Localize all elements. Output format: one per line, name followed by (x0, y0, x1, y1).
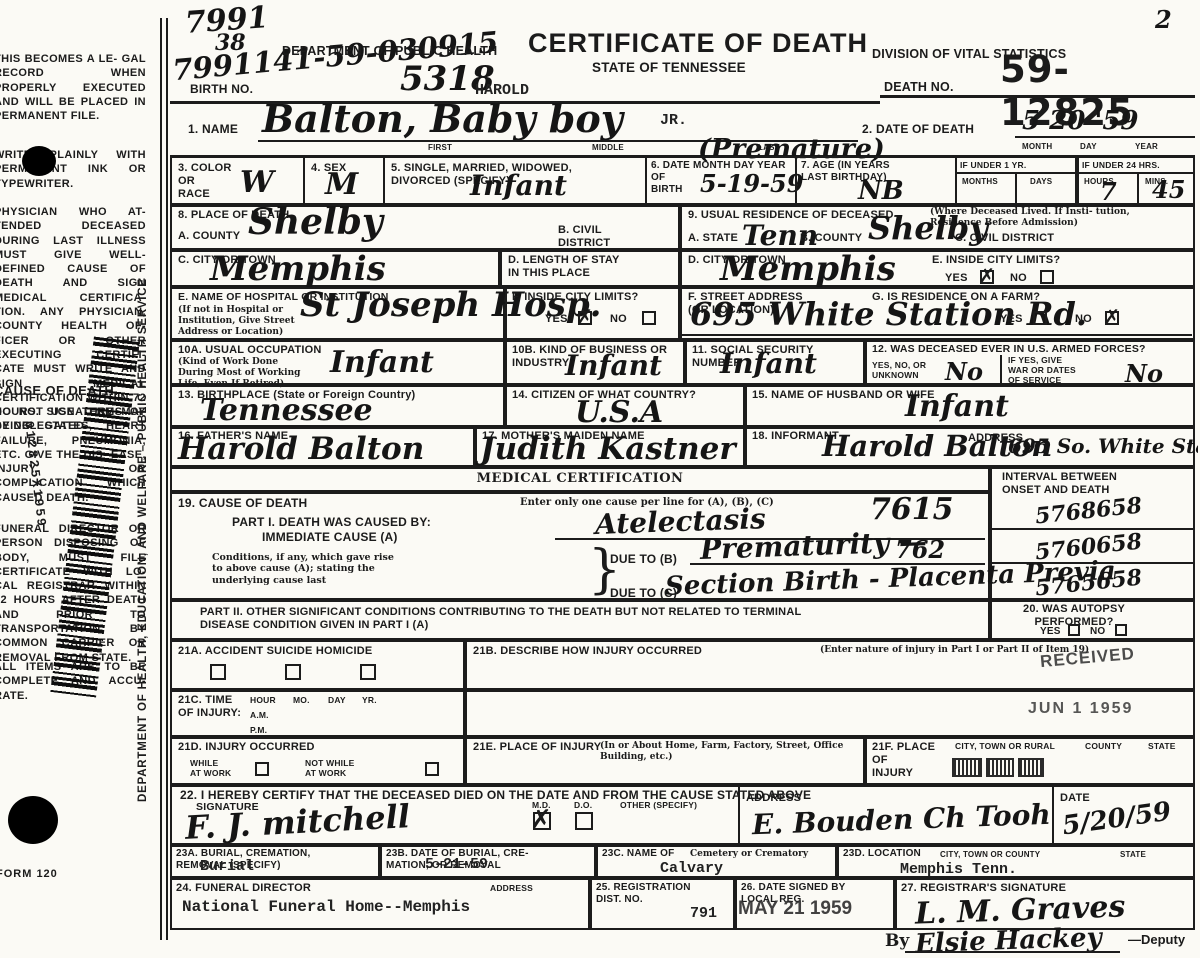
certify-text: 22. I HEREBY CERTIFY THAT THE DECEASED D… (180, 788, 811, 802)
day-label: DAY (328, 695, 346, 705)
illegible-stamp-1 (952, 758, 982, 777)
hour-label: HOUR (250, 695, 276, 705)
residence-city-no: NO (1010, 272, 1027, 285)
farm-label: G. IS RESIDENCE ON A FARM? (872, 291, 1040, 304)
place-of-injury-note: (In or About Home, Farm, Factory, Street… (600, 741, 850, 763)
hole-punch-mark (8, 796, 58, 844)
cause-b-code: 762 (895, 538, 945, 562)
header-state: STATE OF TENNESSEE (592, 60, 746, 76)
under-24hrs-rule (1077, 172, 1195, 174)
margin-note-legal-record: THIS BECOMES A LE- GAL RECORD WHEN PROPE… (0, 52, 146, 123)
not-while-at-work-label: NOT WHILE AT WORK (305, 758, 355, 778)
cemetery-note: Cemetery or Crematory (690, 849, 808, 860)
days-label: DAYS (1030, 177, 1052, 186)
yr-label: YR. (362, 695, 377, 705)
cemetery-label: 23C. NAME OF (602, 848, 674, 860)
registration-label: 25. REGISTRATION DIST. NO. (596, 882, 691, 906)
registration-value: 791 (690, 905, 717, 922)
color-race-value: W (240, 168, 274, 198)
interval-header: INTERVAL BETWEEN ONSET AND DEATH (1002, 471, 1117, 497)
length-of-stay-label: D. LENGTH OF STAY IN THIS PLACE (508, 254, 620, 280)
county-value: Shelby (248, 204, 383, 240)
handwritten-page-number: 2 (1155, 8, 1172, 32)
autopsy-no-checkbox (1115, 624, 1127, 636)
header-department: DEPARTMENT OF PUBLIC HEALTH (282, 44, 497, 59)
certify-divider-2 (1052, 785, 1054, 845)
burial-date-value: 5-21-59 (425, 856, 488, 873)
under-1yr-divider (1015, 172, 1017, 205)
homicide-checkbox (360, 664, 376, 680)
illegible-stamp-2 (986, 758, 1014, 777)
date-of-death-value: 5 20 '59 (1022, 108, 1139, 134)
occupation-label: 10A. USUAL OCCUPATION (178, 344, 322, 357)
other-specify-label: OTHER (SPECIFY) (620, 800, 697, 810)
while-at-work-label: WHILE AT WORK (190, 758, 231, 778)
name-suffix: JR. (660, 112, 687, 129)
months-label: MONTHS (962, 177, 998, 186)
physician-address-label: ADDRESS (746, 792, 801, 805)
street-address-underline (682, 334, 1192, 336)
how-injury-label: 21B. DESCRIBE HOW INJURY OCCURRED (473, 645, 702, 658)
dod-year-label: YEAR (1135, 142, 1158, 151)
residence-county-label: B. COUNTY (800, 232, 862, 245)
am-label: A.M. (250, 710, 269, 720)
autopsy-yes: YES (1040, 626, 1061, 638)
funeral-director-address-label: ADDRESS (490, 883, 533, 893)
medical-cert-title: MEDICAL CERTIFICATION (170, 471, 990, 486)
cause-label: 19. CAUSE OF DEATH (178, 496, 307, 510)
informant-address-value: 695 So. White Station Rd. (1008, 436, 1198, 456)
hospital-city-limits-label: F. INSIDE CITY LIMITS? (512, 291, 638, 304)
cemetery-value: Calvary (660, 860, 723, 877)
death-certificate-scan: THIS BECOMES A LE- GAL RECORD WHEN PROPE… (0, 0, 1200, 958)
certify-date-label: DATE (1060, 792, 1090, 805)
do-label: D.O. (574, 800, 592, 810)
immediate-cause-label: IMMEDIATE CAUSE (A) (262, 530, 398, 544)
md-checkbox: ✗ (533, 812, 551, 830)
residence-civil-district-label: C. CIVIL DISTRICT (955, 232, 1054, 245)
part1-label: PART I. DEATH WAS CAUSED BY: (232, 515, 431, 529)
interval-rule-1 (990, 528, 1195, 530)
armed-forces-label: 12. WAS DECEASED EVER IN U.S. ARMED FORC… (872, 343, 1146, 355)
residence-state-label: A. STATE (688, 232, 738, 245)
illegible-stamp-3 (1018, 758, 1044, 777)
by-underline (905, 951, 1120, 953)
date-of-death-label: 2. DATE OF DEATH (862, 122, 974, 136)
dob-value: 5-19-59 (700, 172, 803, 196)
date-of-death-underline (1015, 136, 1195, 138)
spine-department-text: DEPARTMENT OF HEALTH, EDUCATION, AND WEL… (137, 150, 149, 930)
funeral-director-value: National Funeral Home--Memphis (182, 898, 470, 916)
age-value: NB (858, 178, 904, 204)
farm-yes-checkbox (1033, 311, 1047, 325)
spine-rule-outer (160, 18, 162, 940)
dod-day-label: DAY (1080, 142, 1097, 151)
by-label: By (885, 931, 909, 951)
industry-value: Infant (565, 352, 662, 380)
under-24hrs-label: IF UNDER 24 HRS. (1082, 160, 1160, 170)
not-while-at-work-checkbox (425, 762, 439, 776)
received-date-stamp: JUN 1 1959 (1028, 700, 1133, 718)
location-label: 23D. LOCATION (843, 848, 921, 860)
spine-rule-inner (166, 18, 168, 940)
residence-city-no-checkbox (1040, 270, 1054, 284)
part2-label: PART II. OTHER SIGNIFICANT CONDITIONS CO… (200, 606, 980, 632)
mo-label: MO. (293, 695, 310, 705)
hospital-no: NO (610, 313, 627, 326)
name-value: Balton, Baby boy (262, 100, 623, 138)
hospital-note: (If not in Hospital or Institution, Give… (178, 305, 298, 337)
ink-blot (22, 146, 56, 176)
date-signed-stamp: MAY 21 1959 (738, 898, 852, 920)
name-first-label: FIRST (428, 143, 452, 152)
residence-inside-city-label: E. INSIDE CITY LIMITS? (932, 254, 1060, 267)
margin-note-write-plainly: WRITE PLAINLY WITH PERMANENT INK OR TYPE… (0, 148, 146, 191)
location-value: Memphis Tenn. (900, 861, 1017, 878)
time-of-injury-label: 21C. TIME OF INJURY: (178, 694, 241, 720)
mins-value: 45 (1152, 178, 1185, 202)
city-town-rural-label: CITY, TOWN OR RURAL (955, 741, 1055, 751)
armed-forces-sub1-label: YES, NO, OR UNKNOWN (872, 360, 926, 380)
death-no-underline (880, 95, 1195, 98)
residence-city-value: Memphis (720, 252, 896, 286)
civil-district-label: B. CIVIL DISTRICT (558, 224, 610, 250)
county-label: A. COUNTY (178, 230, 240, 243)
farm-no-checkbox: ✗ (1105, 311, 1119, 325)
armed-forces-sub2-label: IF YES, GIVE WAR OR DATES OF SERVICE (1008, 355, 1076, 385)
autopsy-yes-checkbox (1068, 624, 1080, 636)
hours-value: 7 (1100, 180, 1117, 204)
pm-label: P.M. (250, 725, 267, 735)
location-state-label: STATE (1120, 850, 1146, 859)
accident-label: 21A. ACCIDENT SUICIDE HOMICIDE (178, 645, 372, 658)
father-value: Harold Balton (178, 434, 424, 465)
burial-value: Burial (200, 858, 254, 875)
place-of-injury-label: 21E. PLACE OF INJURY (473, 741, 601, 754)
birthplace-value: Tennessee (200, 396, 373, 426)
deputy-label: —Deputy (1128, 932, 1185, 947)
form-number: FORM 120 (0, 868, 58, 880)
residence-city-yes: YES (945, 272, 968, 285)
hospital-yes-checkbox: ✗ (578, 311, 592, 325)
sex-value: M (325, 170, 358, 200)
autopsy-no: NO (1090, 626, 1105, 638)
farm-no: NO (1075, 313, 1092, 326)
under-24hrs-divider (1137, 172, 1139, 205)
county-col-label: COUNTY (1085, 741, 1122, 751)
due-to-b-label: DUE TO (B) (610, 552, 677, 566)
dod-month-label: MONTH (1022, 142, 1052, 151)
suicide-checkbox (285, 664, 301, 680)
place-of-injury-loc-label: 21F. PLACE OF INJURY (872, 741, 935, 780)
name-label: 1. NAME (188, 122, 238, 136)
death-no-label: DEATH NO. (884, 80, 954, 95)
occupation-value: Infant (330, 348, 434, 378)
while-at-work-checkbox (255, 762, 269, 776)
injury-occurred-label: 21D. INJURY OCCURRED (178, 741, 315, 754)
residence-city-yes-checkbox: ✗ (980, 270, 994, 284)
armed-forces-divider (1000, 355, 1002, 385)
hospital-no-checkbox (642, 311, 656, 325)
city-value: Memphis (210, 252, 386, 286)
ssn-value: Infant (720, 350, 817, 378)
accident-checkbox (210, 664, 226, 680)
name-middle-label: MIDDLE (592, 143, 624, 152)
farm-yes: YES (1000, 313, 1023, 326)
conditions-note: Conditions, if any, which gave rise to a… (212, 552, 407, 586)
armed-forces-sub2-value: No (1125, 362, 1163, 386)
armed-forces-sub1-value: No (945, 360, 983, 384)
birth-no-label: BIRTH NO. (190, 82, 253, 96)
color-race-label: 3. COLOR OR RACE (178, 162, 232, 201)
cause-a-code: 7615 (870, 495, 954, 525)
cause-b-value: Prematurity — (700, 528, 928, 564)
under-1yr-label: IF UNDER 1 YR. (960, 160, 1026, 170)
spouse-value: Infant (905, 392, 1009, 422)
document-title: CERTIFICATE OF DEATH (528, 28, 868, 60)
mother-value: Judith Kastner (480, 434, 736, 465)
do-checkbox (575, 812, 593, 830)
citizen-value: U.S.A (575, 398, 663, 428)
location-cols-label: CITY, TOWN OR COUNTY (940, 850, 1040, 859)
state-col-label: STATE (1148, 741, 1176, 751)
marital-value: Infant (470, 172, 567, 200)
certify-divider-1 (738, 785, 740, 845)
funeral-director-label: 24. FUNERAL DIRECTOR (176, 882, 311, 895)
hospital-yes: YES (545, 313, 568, 326)
